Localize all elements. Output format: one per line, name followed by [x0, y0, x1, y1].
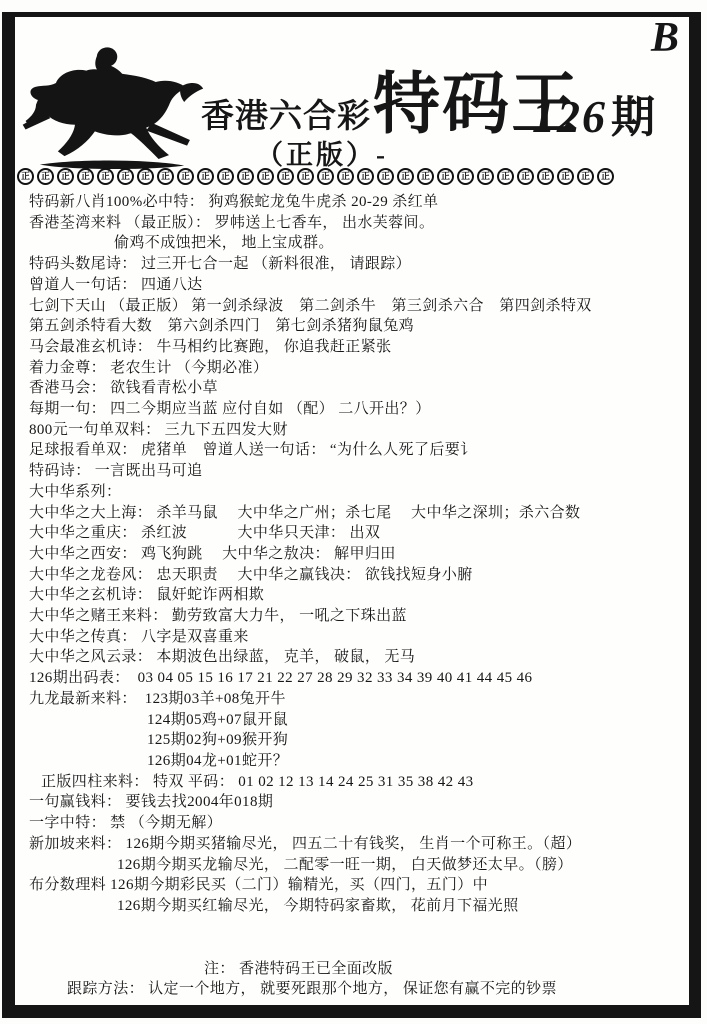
seal-icon: 正 [117, 168, 134, 185]
seal-icon: 正 [237, 168, 254, 185]
seal-icon: 正 [177, 168, 194, 185]
text-line: 特码新八肖100%必中特： 狗鸡猴蛇龙兔牛虎杀 20-29 杀红单 [29, 192, 687, 213]
seal-icon: 正 [137, 168, 154, 185]
text-line: 125期02狗+09猴开狗 [147, 730, 687, 751]
seal-icon: 正 [317, 168, 334, 185]
text-line: 大中华之赌王来料： 勤劳致富大力牛， 一吼之下珠出蓝 [29, 606, 687, 627]
text-line: 足球报看单双： 虎猪单 曾道人送一句话： “为什么人死了后要讠 [29, 440, 687, 461]
text-line: 大中华之风云录： 本期波色出绿蓝， 克羊， 破鼠， 无马 [29, 647, 687, 668]
seal-icon: 正 [377, 168, 394, 185]
seal-icon: 正 [57, 168, 74, 185]
seal-icon: 正 [537, 168, 554, 185]
seal-icon: 正 [37, 168, 54, 185]
seal-row: 正正正正正正正正正正正正正正正正正正正正正正正正正正正正正正 [17, 166, 617, 185]
text-line: 曾道人一句话： 四通八达 [29, 275, 687, 296]
text-line: 大中华之玄机诗： 鼠奸蛇诈两相欺 [29, 585, 687, 606]
seal-icon: 正 [257, 168, 274, 185]
seal-icon: 正 [197, 168, 214, 185]
seal-icon: 正 [577, 168, 594, 185]
text-line: 每期一句： 四二今期应当蓝 应付自如 （配） 二八开出？） [29, 399, 687, 420]
text-line: 第五剑杀特看大数 第六剑杀四门 第七剑杀猪狗鼠兔鸡 [29, 316, 687, 337]
seal-icon: 正 [77, 168, 94, 185]
text-line: 大中华之传真： 八字是双喜重来 [29, 627, 687, 648]
text-line: 新加坡来料： 126期今期买猪输尽光， 四五二十有钱奖， 生肖一个可称王。（超） [29, 834, 687, 855]
text-line: 布分数理料 126期今期彩民买（二门）输精光，买（四门，五门）中 [29, 875, 687, 896]
text-line: 马会最准玄机诗： 牛马相约比赛跑， 你追我赶正紧张 [29, 337, 687, 358]
text-line: 九龙最新来料： 123期03羊+08兔开牛 [29, 689, 687, 710]
text-line: 大中华之重庆： 杀红波 大中华只天津： 出双 [29, 523, 687, 544]
seal-icon: 正 [217, 168, 234, 185]
page-frame: B [2, 12, 701, 1018]
seal-icon: 正 [277, 168, 294, 185]
text-line: 大中华之西安： 鸡飞狗跳 大中华之敖决： 解甲归田 [29, 544, 687, 565]
header: B [15, 17, 689, 189]
seal-icon: 正 [297, 168, 314, 185]
text-line: 124期05鸡+07鼠开鼠 [147, 710, 687, 731]
text-line: 着力金尊： 老农生计 （今期必准） [29, 358, 687, 379]
page: B [0, 0, 707, 1024]
text-line: 特码头数尾诗： 过三开七合一起 （新料很准， 请跟踪） [29, 254, 687, 275]
seal-icon: 正 [517, 168, 534, 185]
seal-icon: 正 [357, 168, 374, 185]
seal-icon: 正 [97, 168, 114, 185]
text-line: 香港马会： 欲钱看青松小草 [29, 378, 687, 399]
text-line: 一字中特： 禁 （今期无解） [29, 813, 687, 834]
seal-icon: 正 [437, 168, 454, 185]
title-prefix: 香港六合彩 [201, 90, 371, 137]
text-line: 126期出码表： 03 04 05 15 16 17 21 22 27 28 2… [29, 668, 687, 689]
seal-icon: 正 [157, 168, 174, 185]
seal-icon: 正 [597, 168, 614, 185]
text-line: 跟踪方法： 认定一个地方， 就要死跟那个地方， 保证您有赢不完的钞票 [67, 979, 687, 1000]
text-line: 大中华系列： [29, 482, 687, 503]
text-line: 大中华之大上海： 杀羊马鼠 大中华之广州；杀七尾 大中华之深圳；杀六合数 [29, 503, 687, 524]
seal-icon: 正 [17, 168, 34, 185]
text-line: 一句赢钱料： 要钱去找2004年018期 [29, 792, 687, 813]
seal-icon: 正 [477, 168, 494, 185]
text-lines: 特码新八肖100%必中特： 狗鸡猴蛇龙兔牛虎杀 20-29 杀红单香港荃湾来料 … [15, 189, 689, 1000]
seal-icon: 正 [397, 168, 414, 185]
text-line: 大中华之龙卷风： 忠天职责 大中华之赢钱决： 欲钱找短身小腑 [29, 565, 687, 586]
text-line: 注： 香港特码王已全面改版 [204, 959, 687, 980]
corner-letter: B [651, 17, 679, 59]
text-line: 特码诗： 一言既出马可追 [29, 461, 687, 482]
seal-icon: 正 [557, 168, 574, 185]
text-line: 正版四柱来料： 特双 平码： 01 02 12 13 14 24 25 31 3… [41, 772, 687, 793]
text-line: 偷鸡不成蚀把米， 地上宝成群。 [114, 233, 687, 254]
seal-icon: 正 [457, 168, 474, 185]
text-line: 126期今期买龙输尽光， 二配零一旺一期， 白天做梦还太早。（膀） [117, 855, 687, 876]
text-line: 七剑下天山 （最正版） 第一剑杀绿波 第二剑杀牛 第三剑杀六合 第四剑杀特双 [29, 296, 687, 317]
text-line: 香港荃湾来料 （最正版）： 罗帏送上七香车， 出水芙蓉间。 [29, 213, 687, 234]
seal-icon: 正 [337, 168, 354, 185]
text-line: 126期今期买红输尽光， 今期特码家畜欺， 花前月下福光照 [117, 896, 687, 917]
seal-icon: 正 [497, 168, 514, 185]
text-line: 126期04龙+01蛇开？ [147, 751, 687, 772]
seal-icon: 正 [417, 168, 434, 185]
text-line: 800元一句单双料： 三九下五四发大财 [29, 420, 687, 441]
